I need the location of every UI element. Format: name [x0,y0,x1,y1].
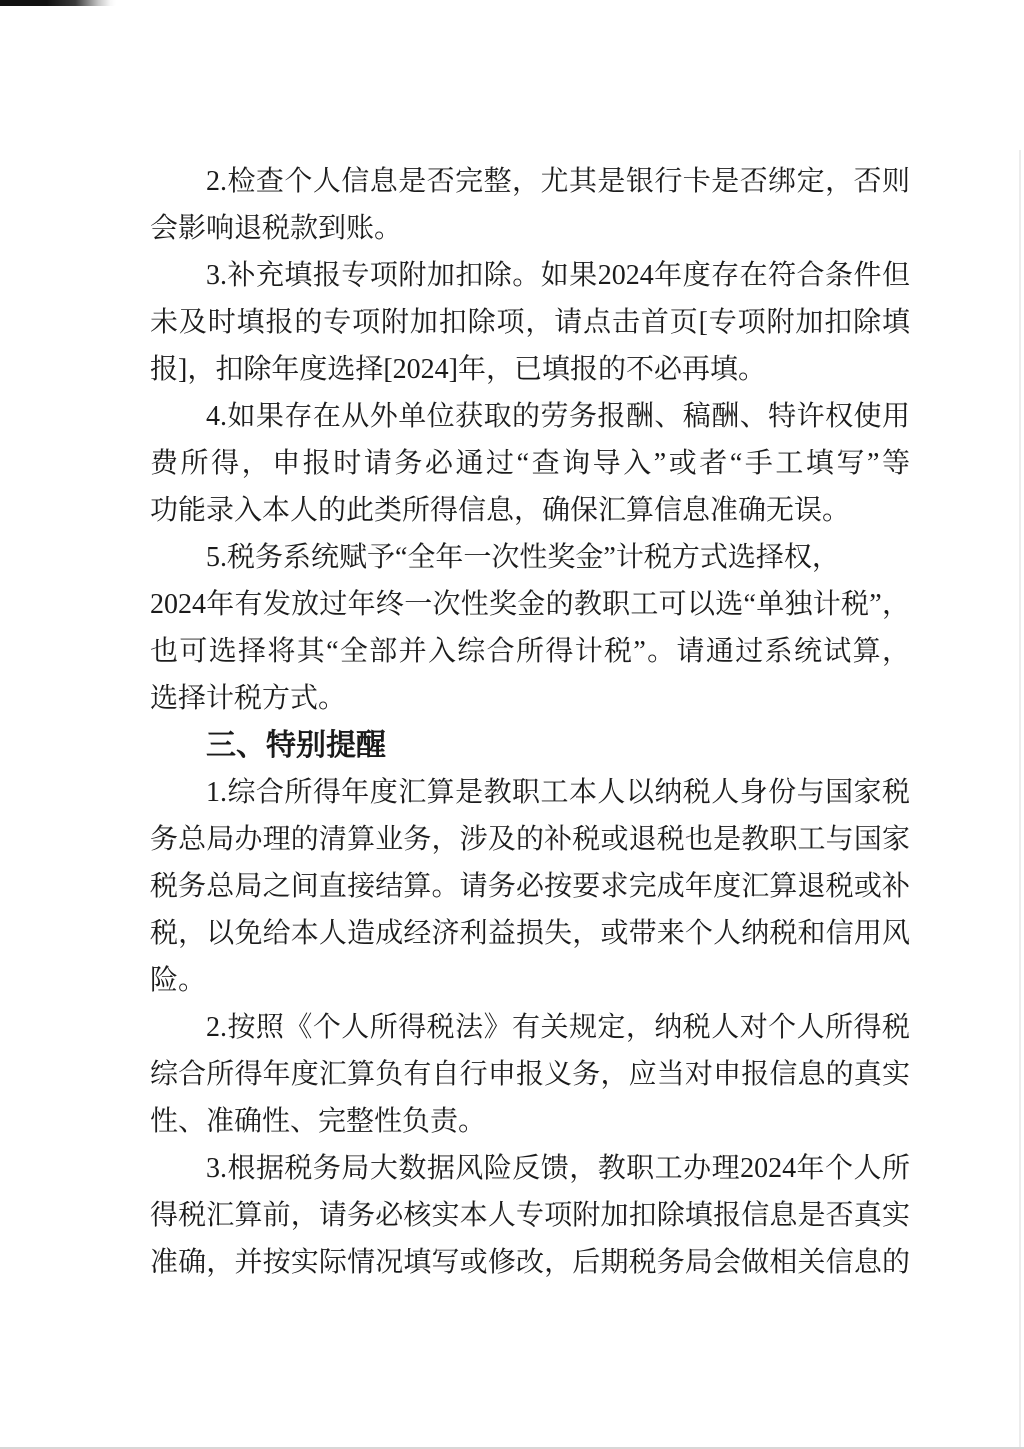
text-line: 费所得，申报时请务必通过“查询导入”或者“手工填写”等 [150,440,910,487]
text-line: 税，以免给本人造成经济利益损失，或带来个人纳税和信用风 [150,910,910,957]
text-line: 综合所得年度汇算负有自行申报义务，应当对申报信息的真实 [150,1051,910,1098]
paragraph-section-3-special-reminders: 三、特别提醒 [150,722,910,769]
scan-artifact-right-edge [1019,150,1021,1449]
section-heading: 三、特别提醒 [150,722,910,769]
text-line: 2024年有发放过年终一次性奖金的教职工可以选“单独计税”， [150,581,910,628]
paragraph-reminder-1-settlement: 1.综合所得年度汇算是教职工本人以纳税人身份与国家税务总局办理的清算业务，涉及的… [150,769,910,1004]
text-line: 税务总局之间直接结算。请务必按要求完成年度汇算退税或补 [150,863,910,910]
text-line: 险。 [150,957,910,1004]
text-line: 5.税务系统赋予“全年一次性奖金”计税方式选择权， [150,534,910,581]
text-line: 准确，并按实际情况填写或修改，后期税务局会做相关信息的 [150,1239,910,1286]
text-line: 2.检查个人信息是否完整，尤其是银行卡是否绑定，否则 [150,158,910,205]
text-line: 1.综合所得年度汇算是教职工本人以纳税人身份与国家税 [150,769,910,816]
text-line: 3.根据税务局大数据风险反馈，教职工办理2024年个人所 [150,1145,910,1192]
text-line: 得税汇算前，请务必核实本人专项附加扣除填报信息是否真实 [150,1192,910,1239]
text-line: 功能录入本人的此类所得信息，确保汇算信息准确无误。 [150,487,910,534]
text-line: 2.按照《个人所得税法》有关规定，纳税人对个人所得税 [150,1004,910,1051]
text-line: 未及时填报的专项附加扣除项，请点击首页[专项附加扣除填 [150,299,910,346]
text-line: 4.如果存在从外单位获取的劳务报酬、稿酬、特许权使用 [150,393,910,440]
text-line: 性、准确性、完整性负责。 [150,1098,910,1145]
text-line: 选择计税方式。 [150,675,910,722]
text-line: 也可选择将其“全部并入综合所得计税”。请通过系统试算， [150,628,910,675]
paragraph-item-3-supplementary-deductions: 3.补充填报专项附加扣除。如果2024年度存在符合条件但未及时填报的专项附加扣除… [150,252,910,393]
scan-artifact-top-left [0,0,116,6]
paragraph-item-2-personal-info: 2.检查个人信息是否完整，尤其是银行卡是否绑定，否则会影响退税款到账。 [150,158,910,252]
paragraph-reminder-2-self-declaration: 2.按照《个人所得税法》有关规定，纳税人对个人所得税综合所得年度汇算负有自行申报… [150,1004,910,1145]
paragraph-item-5-annual-bonus: 5.税务系统赋予“全年一次性奖金”计税方式选择权，2024年有发放过年终一次性奖… [150,534,910,722]
text-line: 3.补充填报专项附加扣除。如果2024年度存在符合条件但 [150,252,910,299]
text-line: 报]，扣除年度选择[2024]年，已填报的不必再填。 [150,346,910,393]
paragraph-item-4-external-income: 4.如果存在从外单位获取的劳务报酬、稿酬、特许权使用费所得，申报时请务必通过“查… [150,393,910,534]
paragraph-reminder-3-verify-deductions: 3.根据税务局大数据风险反馈，教职工办理2024年个人所得税汇算前，请务必核实本… [150,1145,910,1286]
text-line: 务总局办理的清算业务，涉及的补税或退税也是教职工与国家 [150,816,910,863]
document-page: 2.检查个人信息是否完整，尤其是银行卡是否绑定，否则会影响退税款到账。3.补充填… [0,0,1024,1449]
text-line: 会影响退税款到账。 [150,205,910,252]
document-body: 2.检查个人信息是否完整，尤其是银行卡是否绑定，否则会影响退税款到账。3.补充填… [150,158,910,1286]
